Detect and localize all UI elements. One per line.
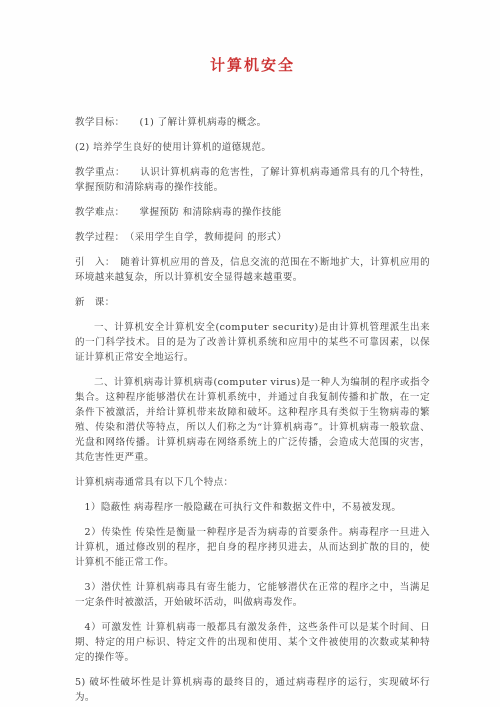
paragraph-section-2: 二、计算机病毒计算机病毒(computer virus)是一种人为编制的程序或指… [75, 375, 430, 465]
paragraph-teaching-difficulty: 教学难点： 掌握预防 和清除病毒的操作技能 [75, 205, 430, 220]
paragraph-teaching-goals: 教学目标： (1) 了解计算机病毒的概念。 [75, 115, 430, 130]
paragraph-section-1: 一、计算机安全计算机安全(computer security)是由计算机管理派生… [75, 320, 430, 365]
document-page: 计算机安全 教学目标： (1) 了解计算机病毒的概念。 (2) 培养学生良好的使… [0, 0, 500, 707]
paragraph-feature-1-concealment: 1）隐蔽性 病毒程序一般隐藏在可执行文件和数据文件中，不易被发现。 [75, 500, 430, 515]
paragraph-teaching-goals-2: (2) 培养学生良好的使用计算机的道德规范。 [75, 140, 430, 155]
paragraph-feature-3-latency: 3）潜伏性 计算机病毒具有寄生能力，它能够潜伏在正常的程序之中，当满足一定条件时… [75, 580, 430, 610]
paragraph-feature-4-triggerable: 4）可激发性 计算机病毒一般都具有激发条件，这些条件可以是某个时间、日期、特定的… [75, 620, 430, 665]
paragraph-new-lesson: 新 课： [75, 295, 430, 310]
document-body: 教学目标： (1) 了解计算机病毒的概念。 (2) 培养学生良好的使用计算机的道… [75, 115, 430, 705]
paragraph-feature-2-infectivity: 2）传染性 传染性是衡量一种程序是否为病毒的首要条件。病毒程序一旦进入计算机，通… [75, 525, 430, 570]
paragraph-introduction: 引 入： 随着计算机应用的普及，信息交流的范围在不断地扩大，计算机应用的环境越来… [75, 255, 430, 285]
paragraph-teaching-process: 教学过程： （采用学生自学，教师提问 的形式） [75, 230, 430, 245]
paragraph-feature-5-destructive: 5) 破坏性破坏性是计算机病毒的最终目的，通过病毒程序的运行，实现破坏行为。 [75, 675, 430, 705]
paragraph-teaching-key-points: 教学重点： 认识计算机病毒的危害性，了解计算机病毒通常具有的几个特性，掌握预防和… [75, 165, 430, 195]
page-title: 计算机安全 [75, 54, 430, 75]
paragraph-virus-features-intro: 计算机病毒通常具有以下几个特点： [75, 475, 430, 490]
